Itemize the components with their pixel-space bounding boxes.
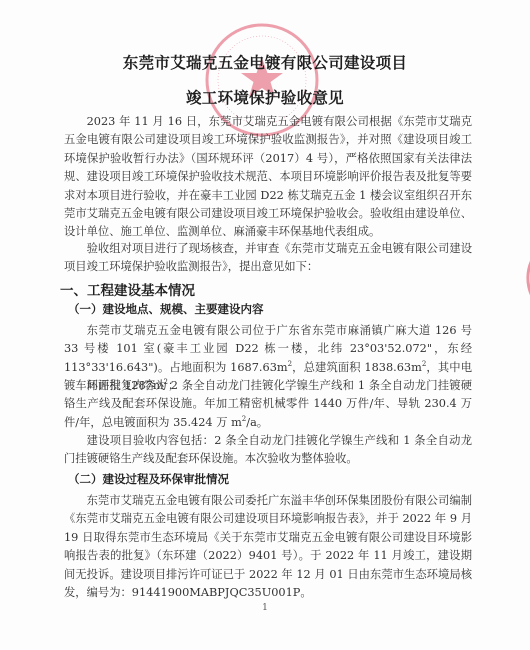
process-paragraph: 东莞市艾瑞克五金电镀有限公司委托广东溢丰华创环保集团股份有限公司编制《东莞市艾瑞… — [64, 492, 472, 602]
section-heading-1: 一、工程建设基本情况 — [60, 279, 195, 299]
scope-paragraph: 建设项目验收内容包括：2 条全自动龙门挂镀化学镍生产线和 1 条全自动龙门挂镀硬… — [64, 432, 472, 469]
document-page: 东莞市艾瑞克五金电镀有限公司建设项目 竣工环境保护验收意见 2023 年 11 … — [0, 0, 530, 650]
intro-paragraph: 2023 年 11 月 16 日，东莞市艾瑞克五金电镀有限公司根据《东莞市艾瑞克… — [64, 113, 472, 242]
document-title-line2: 竣工环境保护验收意见 — [0, 86, 530, 108]
page-number: 1 — [0, 603, 530, 613]
review-paragraph: 验收组对项目进行了现场核查，并审查《东莞市艾瑞克五金电镀有限公司建设项目竣工环境… — [64, 240, 472, 277]
location-text-b: ，总建筑面积 1838.63m — [292, 361, 422, 374]
document-title-line1: 东莞市艾瑞克五金电镀有限公司建设项目 — [0, 51, 530, 73]
subsection-heading-1: （一）建设地点、规模、主要建设内容 — [68, 301, 264, 317]
approval-text-b: /a。 — [246, 416, 268, 429]
subsection-heading-2: （二）建设过程及环保审批情况 — [68, 471, 229, 487]
partial-seal-stamp-edge — [512, 236, 530, 320]
approval-paragraph: 环评批复内容为 2 条全自动龙门挂镀化学镍生产线和 1 条全自动龙门挂镀硬铬生产… — [64, 377, 472, 432]
